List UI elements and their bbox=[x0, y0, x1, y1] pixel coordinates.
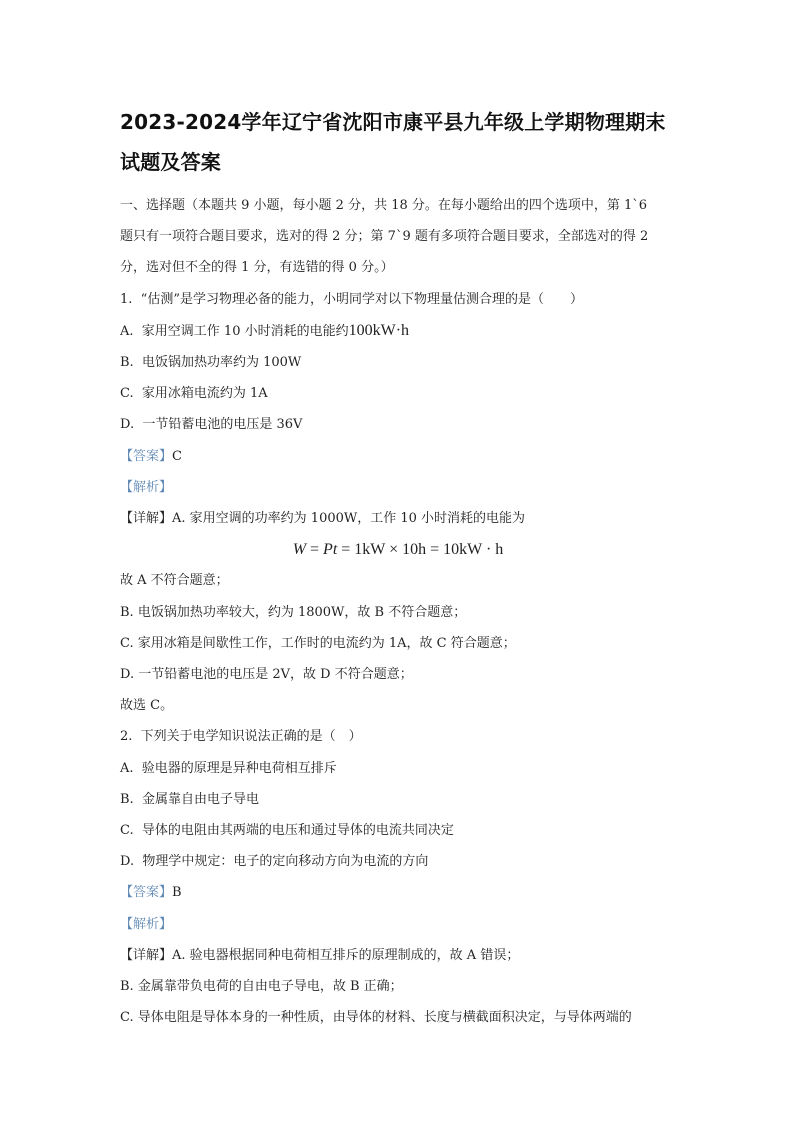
analysis-tag: 【解析】 bbox=[120, 917, 172, 932]
explanation-line: 故 A 不符合题意； bbox=[120, 565, 676, 596]
option-text: 一节铅蓄电池的电压是 36V bbox=[142, 417, 302, 432]
option-label: B. bbox=[120, 792, 134, 807]
option-text: 导体的电阻由其两端的电压和通过导体的电流共同决定 bbox=[142, 823, 454, 838]
formula-var-pt: Pt bbox=[323, 541, 337, 558]
document-page: 2023-2024学年辽宁省沈阳市康平县九年级上学期物理期末 试题及答案 一、选… bbox=[120, 102, 676, 1033]
answer-value: C bbox=[172, 449, 182, 464]
explanation-line: B. 金属靠带负电荷的自由电子导电，故 B 正确； bbox=[120, 971, 676, 1002]
option-text: 物理学中规定：电子的定向移动方向为电流的方向 bbox=[142, 854, 428, 869]
option-b: B. 金属靠自由电子导电 bbox=[120, 784, 676, 815]
detail-line: 【详解】A. 家用空调的功率约为 1000W，工作 10 小时消耗的电能为 bbox=[120, 503, 676, 534]
option-text: 电饭锅加热功率约为 100W bbox=[142, 355, 301, 370]
option-label: A. bbox=[120, 761, 134, 776]
option-a: A. 家用空调工作 10 小时消耗的电能约100kW·h bbox=[120, 315, 676, 347]
section-intro: 一、选择题（本题共 9 小题，每小题 2 分，共 18 分。在每小题给出的四个选… bbox=[120, 190, 676, 284]
option-label: D. bbox=[120, 417, 134, 432]
option-b: B. 电饭锅加热功率约为 100W bbox=[120, 347, 676, 378]
question-stem: 2. 下列关于电学知识说法正确的是（ ） bbox=[120, 721, 676, 752]
explanation-line: B. 电饭锅加热功率较大，约为 1800W，故 B 不符合题意； bbox=[120, 597, 676, 628]
answer-line: 【答案】B bbox=[120, 877, 676, 908]
question-1: 1. “估测”是学习物理必备的能力，小明同学对以下物理量估测合理的是（ ） A.… bbox=[120, 284, 676, 722]
option-text: 家用冰箱电流约为 1A bbox=[142, 386, 268, 401]
answer-line: 【答案】C bbox=[120, 441, 676, 472]
analysis-tag: 【解析】 bbox=[120, 480, 172, 495]
analysis-line: 【解析】 bbox=[120, 472, 676, 503]
option-text: 家用空调工作 10 小时消耗的电能约 bbox=[142, 324, 349, 339]
detail-text: A. 验电器根据同种电荷相互排斥的原理制成的，故 A 错误； bbox=[172, 948, 519, 963]
title-line-2: 试题及答案 bbox=[120, 142, 676, 182]
formula-rest: = 1kW × 10h = 10kW · h bbox=[337, 541, 503, 558]
section-intro-line: 一、选择题（本题共 9 小题，每小题 2 分，共 18 分。在每小题给出的四个选… bbox=[120, 190, 676, 221]
answer-tag: 【答案】 bbox=[120, 449, 172, 464]
option-text: 验电器的原理是异种电荷相互排斥 bbox=[142, 761, 337, 776]
option-label: D. bbox=[120, 854, 134, 869]
detail-tag: 【详解】 bbox=[120, 511, 172, 526]
detail-tag: 【详解】 bbox=[120, 948, 172, 963]
option-text: 金属靠自由电子导电 bbox=[142, 792, 259, 807]
question-text: 下列关于电学知识说法正确的是（ ） bbox=[141, 729, 362, 744]
option-label: B. bbox=[120, 355, 134, 370]
section-intro-line: 分，选对但不全的得 1 分，有选错的得 0 分。） bbox=[120, 252, 676, 283]
option-label: C. bbox=[120, 823, 134, 838]
section-intro-line: 题只有一项符合题目要求，选对的得 2 分；第 7`9 题有多项符合题目要求，全部… bbox=[120, 221, 676, 252]
question-text: “估测”是学习物理必备的能力，小明同学对以下物理量估测合理的是（ ） bbox=[141, 292, 583, 307]
option-a: A. 验电器的原理是异种电荷相互排斥 bbox=[120, 753, 676, 784]
document-title: 2023-2024学年辽宁省沈阳市康平县九年级上学期物理期末 试题及答案 bbox=[120, 102, 676, 182]
title-line-1: 2023-2024学年辽宁省沈阳市康平县九年级上学期物理期末 bbox=[120, 102, 676, 142]
question-number: 1. bbox=[120, 292, 132, 307]
explanation-line: 故选 C。 bbox=[120, 690, 676, 721]
explanation-line: D. 一节铅蓄电池的电压是 2V，故 D 不符合题意； bbox=[120, 659, 676, 690]
option-c: C. 家用冰箱电流约为 1A bbox=[120, 378, 676, 409]
question-2: 2. 下列关于电学知识说法正确的是（ ） A. 验电器的原理是异种电荷相互排斥 … bbox=[120, 721, 676, 1033]
formula-eq: = bbox=[306, 541, 323, 558]
analysis-line: 【解析】 bbox=[120, 909, 676, 940]
option-label: A. bbox=[120, 324, 134, 339]
option-label: C. bbox=[120, 386, 134, 401]
option-math: 100kW·h bbox=[349, 322, 409, 339]
formula: W = Pt = 1kW × 10h = 10kW · h bbox=[120, 534, 676, 565]
question-stem: 1. “估测”是学习物理必备的能力，小明同学对以下物理量估测合理的是（ ） bbox=[120, 284, 676, 315]
detail-line: 【详解】A. 验电器根据同种电荷相互排斥的原理制成的，故 A 错误； bbox=[120, 940, 676, 971]
option-d: D. 一节铅蓄电池的电压是 36V bbox=[120, 409, 676, 440]
answer-value: B bbox=[172, 885, 182, 900]
option-c: C. 导体的电阻由其两端的电压和通过导体的电流共同决定 bbox=[120, 815, 676, 846]
question-number: 2. bbox=[120, 729, 132, 744]
formula-var-w: W bbox=[293, 541, 306, 558]
option-d: D. 物理学中规定：电子的定向移动方向为电流的方向 bbox=[120, 846, 676, 877]
explanation-line: C. 导体电阻是导体本身的一种性质，由导体的材料、长度与横截面积决定，与导体两端… bbox=[120, 1002, 676, 1033]
answer-tag: 【答案】 bbox=[120, 885, 172, 900]
explanation-line: C. 家用冰箱是间歇性工作，工作时的电流约为 1A，故 C 符合题意； bbox=[120, 628, 676, 659]
detail-text: A. 家用空调的功率约为 1000W，工作 10 小时消耗的电能为 bbox=[172, 511, 525, 526]
